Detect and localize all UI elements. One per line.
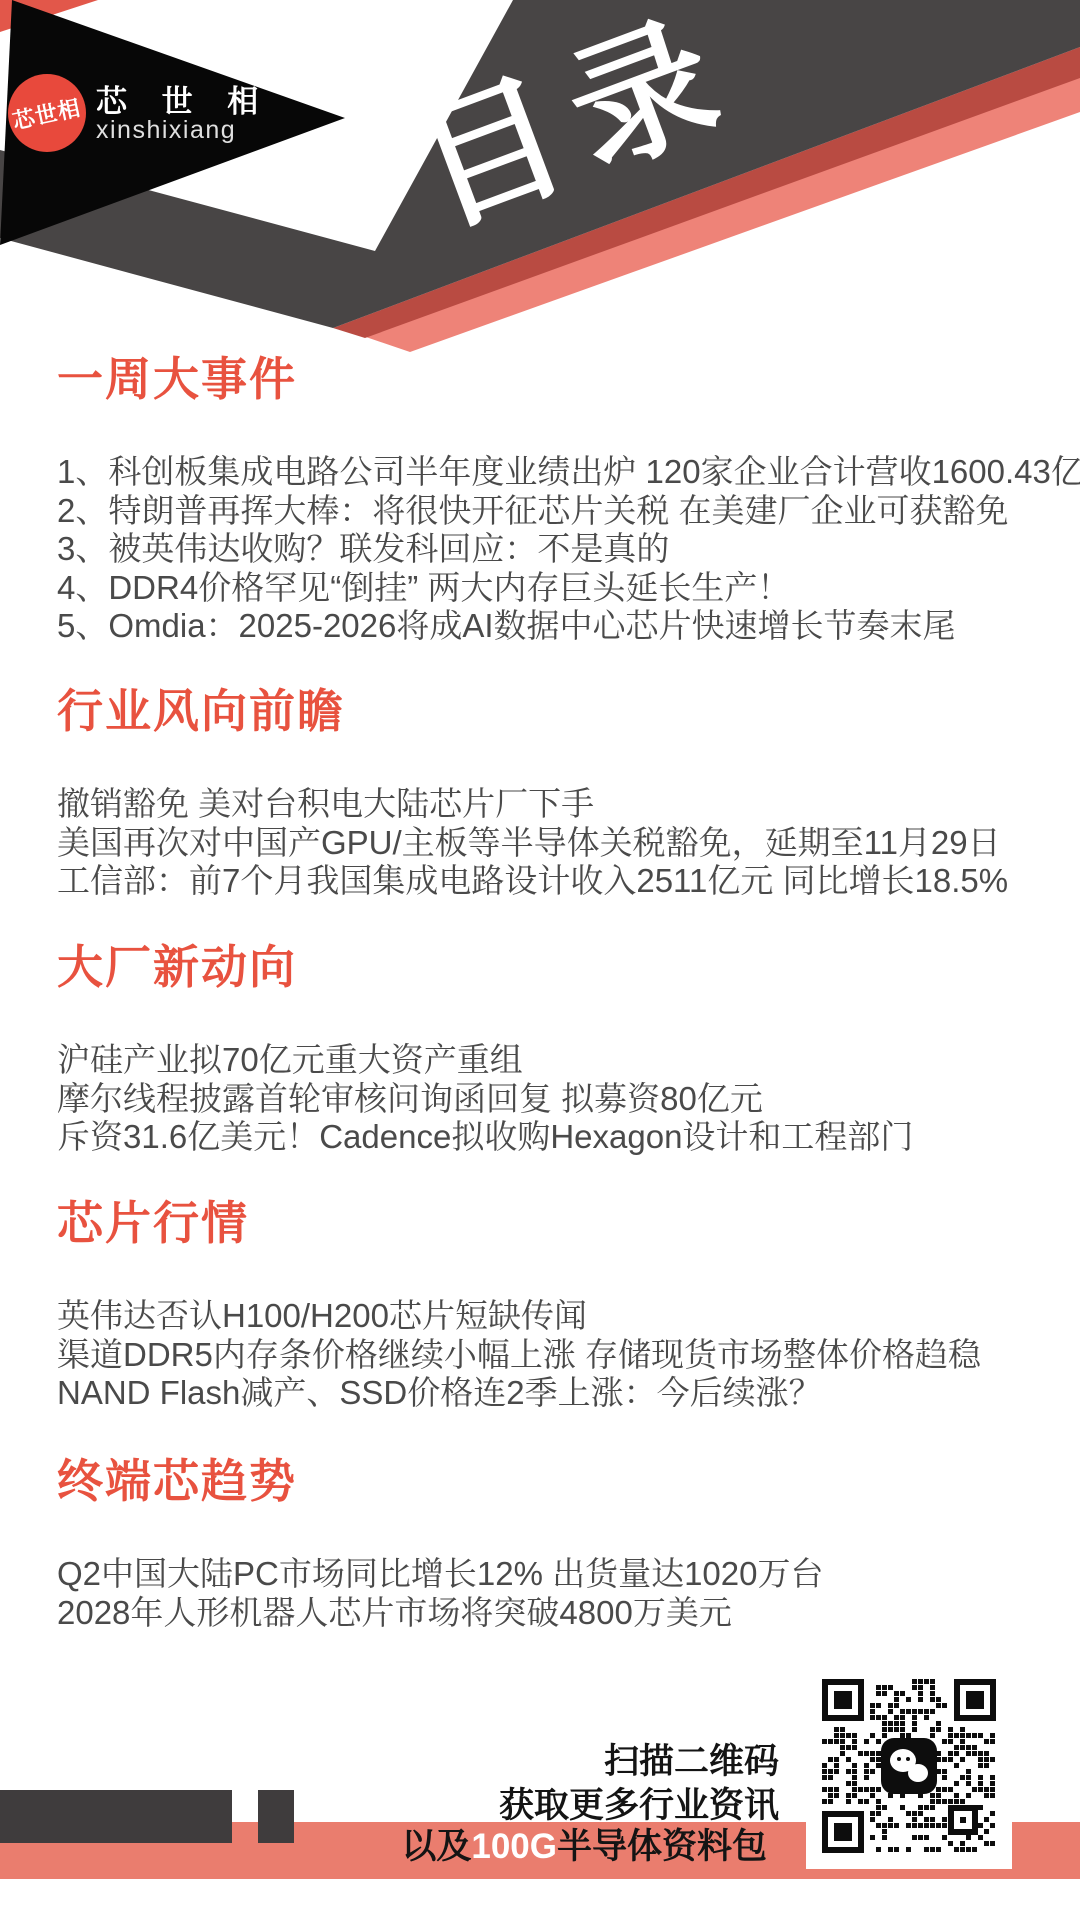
section-big-players: 大厂新动向 沪硅产业拟70亿元重大资产重组 摩尔线程披露首轮审核问询函回复 拟募… [57, 943, 1042, 1157]
section-heading: 终端芯趋势 [57, 1457, 1042, 1505]
section-week-events: 一周大事件 1、科创板集成电路公司半年度业绩出炉 120家企业合计营收1600.… [57, 355, 1042, 646]
qr-code [806, 1663, 1012, 1869]
toc-item: 5、Omdia：2025-2026将成AI数据中心芯片快速增长节奏末尾 [57, 607, 1042, 646]
toc-item: 2、特朗普再挥大棒：将很快开征芯片关税 在美建厂企业可获豁免 [57, 492, 1042, 531]
wechat-bubble-small [908, 1764, 928, 1782]
toc-item: 1、科创板集成电路公司半年度业绩出炉 120家企业合计营收1600.43亿元 [57, 453, 1042, 492]
toc-item: 2028年人形机器人芯片市场将突破4800万美元 [57, 1594, 1042, 1633]
toc-item: 4、DDR4价格罕见“倒挂” 两大内存巨头延长生产！ [57, 569, 1042, 608]
toc-item: 撤销豁免 美对台积电大陆芯片厂下手 [57, 785, 1042, 824]
footer-line-package: 以及100G半导体资料包 [401, 1828, 767, 1867]
wechat-icon [881, 1738, 937, 1794]
toc-item: NAND Flash减产、SSD价格连2季上涨：今后续涨？ [57, 1374, 1042, 1413]
section-heading: 大厂新动向 [57, 943, 1042, 991]
section-heading: 芯片行情 [57, 1199, 1042, 1247]
section-heading: 行业风向前瞻 [57, 687, 1042, 735]
toc-item: 3、被英伟达收购？联发科回应：不是真的 [57, 530, 1042, 569]
section-chip-market: 芯片行情 英伟达否认H100/H200芯片短缺传闻 渠道DDR5内存条价格继续小… [57, 1199, 1042, 1413]
toc-item: Q2中国大陆PC市场同比增长12% 出货量达1020万台 [57, 1555, 1042, 1594]
toc-item: 美国再次对中国产GPU/主板等半导体关税豁免，延期至11月29日 [57, 824, 1042, 863]
section-heading: 一周大事件 [57, 355, 1042, 403]
toc-item: 英伟达否认H100/H200芯片短缺传闻 [57, 1297, 1042, 1336]
brand-logo-circle-text: 芯世相 [10, 91, 84, 136]
brand-name-zh: 芯 世 相 [96, 76, 271, 121]
wechat-bubble-eye [906, 1757, 910, 1761]
footer-line-more-info: 获取更多行业资讯 [499, 1787, 779, 1826]
toc-item: 斥资31.6亿美元！Cadence拟收购Hexagon设计和工程部门 [57, 1118, 1042, 1157]
toc-item: 摩尔线程披露首轮审核问询函回复 拟募资80亿元 [57, 1080, 1042, 1119]
wechat-bubble-eye [897, 1757, 901, 1761]
deco-rectangle-small [258, 1790, 294, 1843]
toc-item: 工信部：前7个月我国集成电路设计收入2511亿元 同比增长18.5% [57, 862, 1042, 901]
footer-line3-highlight: 100G [471, 1827, 557, 1866]
section-industry-outlook: 行业风向前瞻 撤销豁免 美对台积电大陆芯片厂下手 美国再次对中国产GPU/主板等… [57, 687, 1042, 901]
footer-line-scan: 扫描二维码 [604, 1743, 779, 1782]
footer-line3-prefix: 以及 [401, 1827, 471, 1866]
deco-rectangle-large [0, 1790, 232, 1843]
brand-name-en: xinshixiang [96, 116, 236, 145]
footer-line3-suffix: 半导体资料包 [557, 1827, 767, 1866]
brand-logo-circle: 芯世相 [8, 74, 86, 152]
toc-item: 沪硅产业拟70亿元重大资产重组 [57, 1041, 1042, 1080]
section-terminal-trends: 终端芯趋势 Q2中国大陆PC市场同比增长12% 出货量达1020万台 2028年… [57, 1457, 1042, 1632]
toc-item: 渠道DDR5内存条价格继续小幅上涨 存储现货市场整体价格趋稳 [57, 1336, 1042, 1375]
